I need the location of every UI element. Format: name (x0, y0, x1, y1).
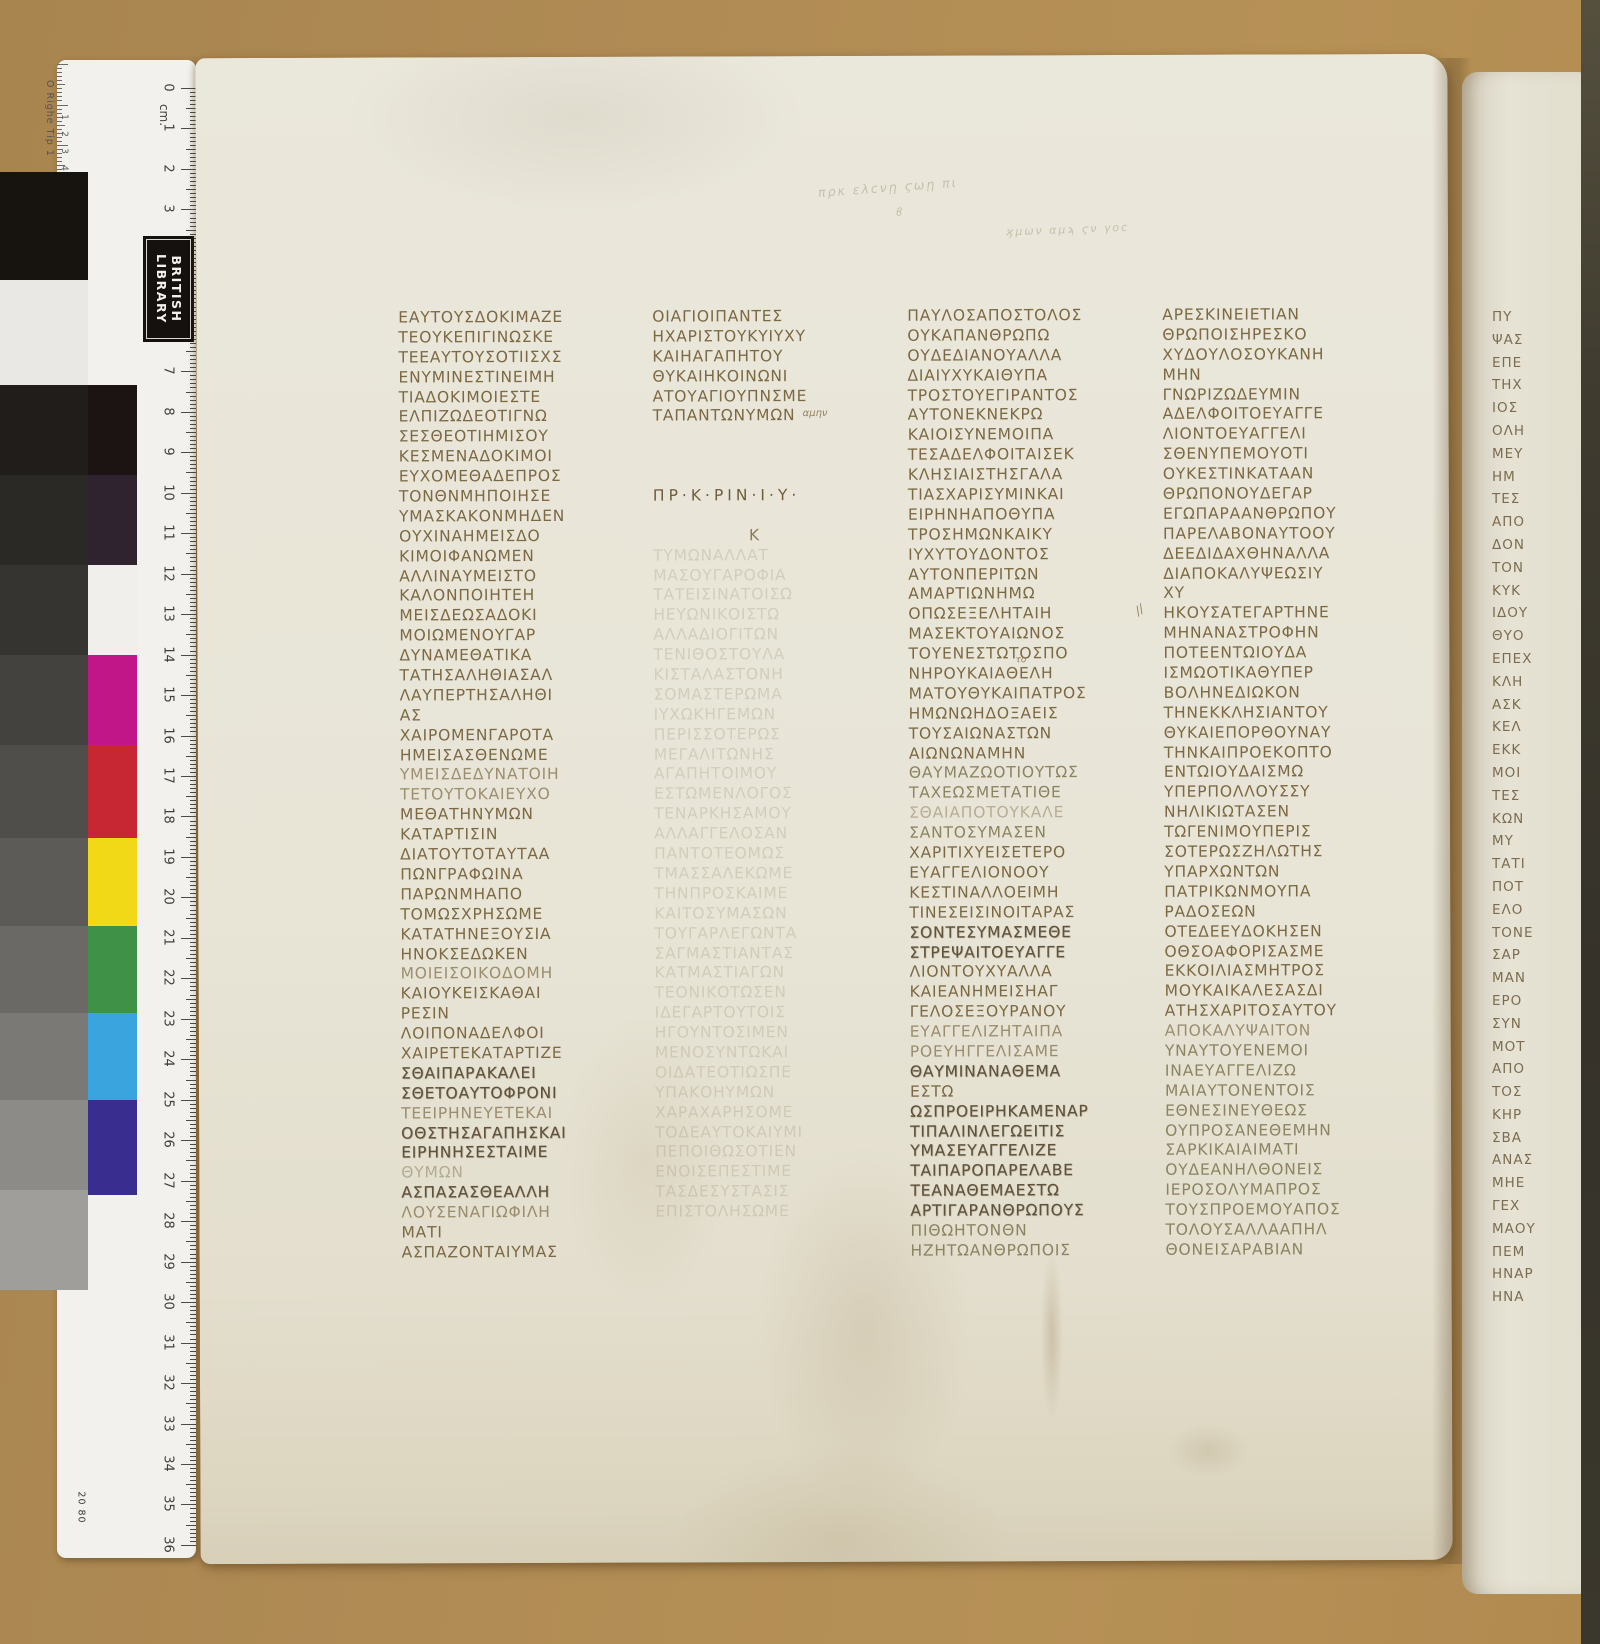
text-column-2: ΟΙΑΓΙΟΙΠΑΝΤΕΣΗΧΑΡΙΣΤΟΥΚΥΙΥΧΥΚΑΙΗΑΓΑΠΗΤΟΥ… (652, 307, 907, 1223)
ruler-mini-title: O Righe Tip 1 (44, 80, 55, 157)
british-library-label: BRITISH LIBRARY (143, 236, 194, 342)
label-line-2: LIBRARY (154, 254, 169, 324)
text-column-4: ΑΡΕΣΚΙΝΕΙΕΤΙΑΝΘΡΩΠΟΙΣΗΡΕΣΚΟΧΥΔΟΥΛΟΣΟΥΚΑΝ… (1162, 305, 1417, 1261)
british-library-label-text: BRITISH LIBRARY (154, 254, 184, 324)
faint-inscriptions: πρκ ελϲνῃ ϛωῃ πιϐϗμων αμϡ ϛν γοϲ (195, 54, 1447, 58)
ruler-unit-label: cm. (157, 104, 171, 126)
photograph-canvas: 0123456789101112131415161718192021222324… (0, 0, 1600, 1644)
text-column-1: ΕΑΥΤΟΥΣΔΟΚΙΜΑΖΕΤΕΟΥΚΕΠΙΓΙΝΩΣΚΕΤΕΕΑΥΤΟΥΣΟ… (398, 308, 653, 1264)
manuscript-page: πρκ ελϲνῃ ϛωῃ πιϐϗμων αμϡ ϛν γοϲ αμην∕∕τ… (195, 54, 1452, 1564)
ruler-bottom-code: 20 80 (76, 1491, 87, 1523)
grayscale-wedge-gap (0, 280, 88, 385)
book-spine-strip (1581, 0, 1600, 1644)
grayscale-wedge (0, 385, 88, 1290)
next-folio-text-fragments: ΠΥΨΑΣΕΠΕΤΗΧΙΟΣΟΛΗΜΕΥΗΜΤΕΣΑΠΟΔΟΝΤΟΝΚΥΚΙΔΟ… (1492, 306, 1578, 1309)
scribal-corrections: αμην∕∕το (195, 54, 1447, 58)
color-calibration-patches (88, 385, 137, 1195)
next-folio-edge: ΠΥΨΑΣΕΠΕΤΗΧΙΟΣΟΛΗΜΕΥΗΜΤΕΣΑΠΟΔΟΝΤΟΝΚΥΚΙΔΟ… (1462, 72, 1583, 1594)
text-column-3: ΠΑΥΛΟΣΑΠΟΣΤΟΛΟΣΟΥΚΑΠΑΝΘΡΩΠΩΟΥΔΕΔΙΑΝΟΥΑΛΛ… (907, 306, 1162, 1262)
label-line-1: BRITISH (169, 254, 184, 324)
grayscale-wedge-top (0, 172, 88, 280)
